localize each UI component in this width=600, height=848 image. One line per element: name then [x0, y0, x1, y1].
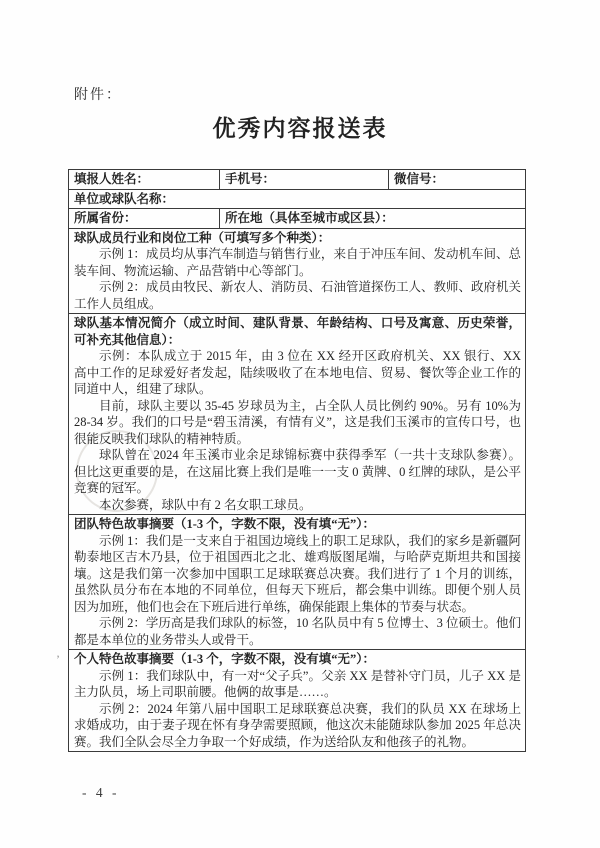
table-row-team-profile: 球队基本情况简介（成立时间、建队背景、年龄结构、口号及寓意、历史荣誉，可补充其他… [69, 314, 526, 515]
team-profile-section: 球队基本情况简介（成立时间、建队背景、年龄结构、口号及寓意、历史荣誉，可补充其他… [69, 314, 526, 515]
city-field: 所在地（具体至城市或区县）： [220, 209, 526, 229]
industry-example-1: 示例 1：成员均从事汽车制造与销售行业，来自于冲压车间、发动机车间、总装车间、物… [74, 246, 521, 279]
table-row-personal-story: 个人特色故事摘要（1-3 个，字数不限，没有填“无”）： 示例 1：我们球队中，… [69, 650, 526, 752]
attachment-label: 附件： [74, 84, 122, 104]
team-story-section-header: 团队特色故事摘要（1-3 个，字数不限，没有填“无”）： [74, 516, 521, 533]
table-row-location: 所属省份： 所在地（具体至城市或区县）： [69, 209, 526, 229]
personal-story-example-1: 示例 1：我们球队中，有一对“父子兵”。父亲 XX 是替补守门员，儿子 XX 是… [74, 668, 521, 701]
team-profile-section-header: 球队基本情况简介（成立时间、建队背景、年龄结构、口号及寓意、历史荣誉，可补充其他… [74, 315, 521, 348]
industry-example-2: 示例 2：成员由牧民、新农人、消防员、石油管道探伤工人、教师、政府机关工作人员组… [74, 279, 521, 312]
personal-story-example-2: 示例 2：2024 年第八届中国职工足球联赛总决赛，我们的队员 XX 在球场上求… [74, 701, 521, 751]
team-profile-para-3: 球队曾在 2024 年玉溪市业余足球锦标赛中获得季军（一共十支球队参赛）。但比这… [74, 447, 521, 497]
team-profile-para-2: 目前，球队主要以 35-45 岁球员为主，占全队人员比例约 90%。另有 10%… [74, 398, 521, 448]
wechat-field: 微信号： [389, 170, 526, 190]
team-story-section: 团队特色故事摘要（1-3 个，字数不限，没有填“无”）： 示例 1：我们是一支来… [69, 515, 526, 650]
team-profile-para-4: 本次参赛，球队中有 2 名女职工球员。 [74, 497, 521, 514]
industry-section-header: 球队成员行业和岗位工种（可填写多个种类）： [74, 230, 521, 247]
table-row-contact: 填报人姓名： 手机号： 微信号： [69, 170, 526, 190]
table-row-team-story: 团队特色故事摘要（1-3 个，字数不限，没有填“无”）： 示例 1：我们是一支来… [69, 515, 526, 650]
team-profile-example: 示例：本队成立于 2015 年，由 3 位在 XX 经开区政府机关、XX 银行、… [74, 348, 521, 398]
document-page: 附件： 优秀内容报送表 ’ 填报人姓名： 手机号： 微信号： 单位或球队名称： … [0, 0, 600, 848]
table-row-industry: 球队成员行业和岗位工种（可填写多个种类）： 示例 1：成员均从事汽车制造与销售行… [69, 228, 526, 314]
province-field: 所属省份： [69, 209, 220, 229]
scan-artifact: ’ [56, 652, 60, 667]
industry-section: 球队成员行业和岗位工种（可填写多个种类）： 示例 1：成员均从事汽车制造与销售行… [69, 228, 526, 314]
table-row-org: 单位或球队名称： [69, 189, 526, 209]
submission-form-table: 填报人姓名： 手机号： 微信号： 单位或球队名称： 所属省份： 所在地（具体至城… [68, 169, 526, 752]
personal-story-section-header: 个人特色故事摘要（1-3 个，字数不限，没有填“无”）： [74, 651, 521, 668]
team-story-example-1: 示例 1：我们是一支来自于祖国边境线上的职工足球队，我们的家乡是新疆阿勒泰地区吉… [74, 533, 521, 616]
org-name-field: 单位或球队名称： [69, 189, 526, 209]
reporter-name-field: 填报人姓名： [69, 170, 220, 190]
phone-field: 手机号： [220, 170, 389, 190]
page-number: - 4 - [82, 785, 120, 801]
team-story-example-2: 示例 2：学历高是我们球队的标签，10 名队员中有 5 位博士、3 位硕士。他们… [74, 615, 521, 648]
page-title: 优秀内容报送表 [0, 110, 600, 143]
personal-story-section: 个人特色故事摘要（1-3 个，字数不限，没有填“无”）： 示例 1：我们球队中，… [69, 650, 526, 752]
